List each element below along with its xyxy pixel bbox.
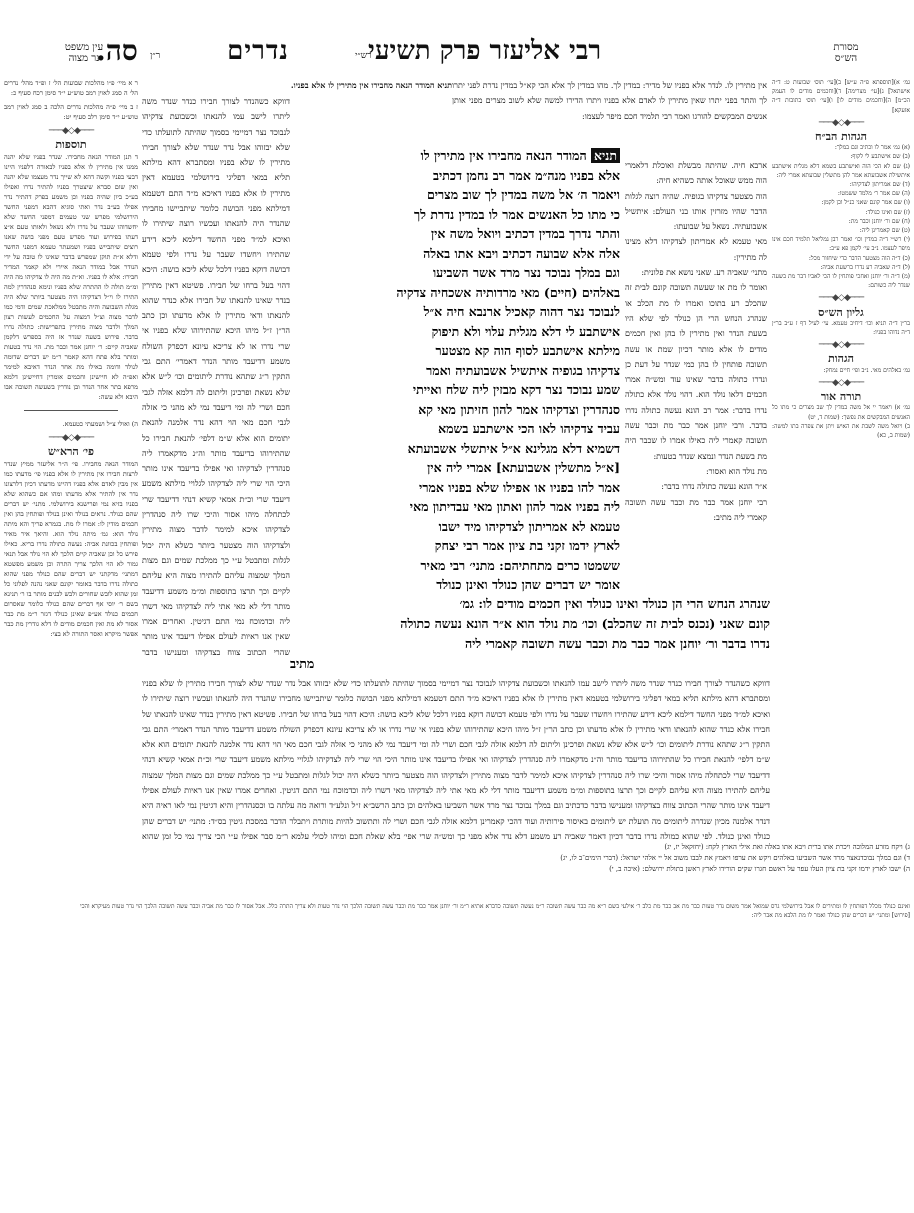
torah-or-verse: גמ׳ א) ויאמר יי אל משה במדין לך שב מצרים…: [772, 403, 910, 421]
hagahot-habach-item: (ג) שם לא הכי הוה ואישתבע בשמא דלא מגלית…: [772, 162, 910, 180]
rashi-item: ארבא חיה. שהיתה מבשלת ואוכלת דלאמרי הוה …: [625, 158, 767, 189]
ein-mishpat-entry: ר א מיי׳ פ״ו מהלכות שבועות הל׳ ז ופ״ד מה…: [4, 78, 138, 98]
gemara-line: תניא המודר הנאה מחבירו אין מתירין לו: [292, 146, 620, 166]
tosafot-text: ד תנן המודר הנאה מחבירו. שנדר בפניו שלא …: [4, 152, 138, 402]
gemara-line: נדרו בדבר ור׳ יוחנן אמר כבר מת וכבר עשה …: [290, 634, 770, 654]
gemara-line: ששמטו כרים מתחתיהם: מתני׳ רבי מאיר: [292, 556, 620, 576]
gemara-line: כי מתו כל האנשים אמר לו במדין נדרת לך: [292, 205, 620, 225]
torah-or-verse: ד) וגם במלך נבוכדנאצר מרד אשר השביעו באל…: [460, 853, 910, 864]
rashi-column: ארבא חיה. שהיתה מבשלת ואוכלת דלאמרי הוה …: [625, 158, 767, 598]
masoret-entries: גמ׳ א)[תוספתא פ״ה ע״ש] ב)[עי׳ תוס׳ שבועו…: [772, 78, 910, 115]
rashi-item: מאי טעמא לא אמריתון לצדקיהו דלא מצינו לה…: [625, 234, 767, 265]
gemara-line: אלא בפניו מנה״מ אמר רב נחמן דכתיב: [292, 166, 620, 186]
gemara-line: ויאמר ה׳ אל משה במדין לך שוב מצרים: [292, 185, 620, 205]
rosh-text: המודר הנאה מחבירו. פי׳ ה״ר אליעזר ממיץ ש…: [4, 459, 138, 639]
rosh-continuation: ואינם כנולד מכלל דפותחין לו ומתירים לו א…: [80, 903, 910, 919]
gemara-line: דשמיא דלא מגלינא א״ל איתשלי אשבועתא: [292, 439, 620, 459]
hagahot-habach-item: (ח) שם ור׳ יוחנן וכבר מת:: [772, 217, 910, 226]
gemara-line: [א״ל מתשלין אשבועתא] אמרי ליה אין: [292, 458, 620, 478]
tosafot-title: תוספות: [4, 140, 138, 150]
rashi-item: מתני׳ שאביה רע. שאני נושא את פלונית:: [625, 265, 767, 280]
hagahot-habach-title: הגהות הב״ח: [772, 132, 910, 141]
footnote-rule: [24, 410, 118, 411]
ornament-divider: ───◆◇◆───: [772, 119, 910, 128]
ein-mishpat-entry: ז ב מיי׳ פ״ה מהלכות נדרים הלכה ב סמג לאו…: [4, 102, 138, 122]
gemara-wide-text: שנהרג הנחש הרי הן כנולד ואינו כנולד ואין…: [290, 594, 770, 674]
masoret-hashas-label: מסורת הש״ס: [826, 42, 866, 64]
hagahot-habach-item: (ב) שם אישתבע לי לקוף:: [772, 152, 910, 161]
tractate-title: נדרים: [168, 36, 348, 66]
hagahot-habach-item: (ל) ד״ה שאביה רע נדרו ברשעת אביה:: [772, 263, 910, 272]
tosafot-footnote: ה) ואולי צ״ל ושמעתי כטעמא.: [4, 419, 138, 429]
page-header: מסורת הש״ס רבי אליעזר פרק תשיעי רש״י נדר…: [0, 28, 914, 68]
hagahot-habach-item: (ה) שם אמר ר׳ מלמד ששמטו:: [772, 189, 910, 198]
ornament-divider: ───◆◇◆───: [772, 294, 910, 303]
gemara-text: תניא המודר הנאה מחבירו אין מתירין לו אלא…: [292, 146, 620, 594]
gemara-line: סנהדרין וצדקיהו אמר להון חזיתון מאי קא: [292, 400, 620, 420]
hagahot-habach-item: (ו) שם אמר קונם שאני כנ״ל וכן לקמן:: [772, 198, 910, 207]
gemara-line: צדקיהו בגופיה איתשיל אשבועתיה ואמר: [292, 361, 620, 381]
ornament-divider: ───◆◇◆───: [4, 433, 138, 443]
rashi-item: הוה מצטער צדקיהו בגופיה. שהיה רוצה לגלות…: [625, 189, 767, 235]
hagahot-habach-item: (ד) שם אמריתון לצדקיהו:: [772, 180, 910, 189]
gemara-line: שנהרג הנחש הרי הן כנולד ואינו כנולד ואין…: [290, 594, 770, 614]
rashi-label: רש״י: [355, 50, 372, 61]
ornament-divider: ───◆◇◆───: [772, 379, 910, 388]
rashi-body: ואומר לו מת או שעשה תשובה קונם לבית זה ש…: [625, 280, 767, 464]
rashi-item: מת נולד הוא ואסור:: [625, 464, 767, 479]
gemara-line: אישתבע לי דלא מגלית עלוי ולא תיפוק: [292, 322, 620, 342]
rashi-item: רבי יוחנן אמר כבר מת וכבר עשה תשובה קאמר…: [625, 495, 767, 526]
hagahot-habach-item: (מ) ד״ה ור׳ יוחנן ואחכי פותחין לו הכי לא…: [772, 272, 910, 290]
gemara-line: קונם שאני (נכנס לבית זה שהכלב) וכו׳ מת נ…: [290, 614, 770, 634]
ornament-divider: ───◆◇◆───: [772, 341, 910, 350]
gemara-line: אמר להו בפניו או אפילו שלא בפניו אמרי: [292, 478, 620, 498]
gemara-line: לנבוכד נצר דהוה קאכיל ארנבא חיה א״ל: [292, 302, 620, 322]
ran-body: דווקא כשהנדר לצורך חבירו כנדר שנדר משה ל…: [142, 94, 290, 662]
ornament-divider: ───◆◇◆───: [4, 126, 138, 136]
ran-text-continued: דווקא כשהנדר לצורך חבירו כנדר שנדר משה ל…: [142, 679, 770, 841]
gemara-line: אלה אלא שבועה דכתיב ויבא אתו באלה: [292, 244, 620, 264]
hagahot-habach-item: (ז) שם ואינו כנולד:: [772, 208, 910, 217]
gemara-line: לארץ ידמו זקני בת ציון אמר רבי יצחק: [292, 536, 620, 556]
tanya-marker: תניא: [591, 148, 620, 163]
hagahot-habach-item: (כ) ד״ה הוה מצטער הדבר כדי שיחזור מכל:: [772, 254, 910, 263]
rashi-top-text: אין מתירין לו. לנדר אלא בפניו של מדיר: ב…: [452, 81, 767, 121]
gilyon-text: בר״ן ד״ה תניא וכו׳ דיחיב טעמא. עי׳ לעיל …: [772, 319, 910, 337]
gemara-line: עביד צדקיהו לאו הכי אישתבע בשמא: [292, 419, 620, 439]
torah-or-verse: ב) ויואל משה לשבת את האיש ויתן את צפרה ב…: [772, 422, 910, 440]
ran-bottom: דווקא כשהנדר לצורך חבירו כנדר שנדר משה ל…: [142, 676, 770, 841]
ein-mishpat-label: עין משפט נר מצוה: [64, 42, 104, 64]
left-margin: ר א מיי׳ פ״ו מהלכות שבועות הל׳ ז ופ״ד מה…: [4, 78, 138, 898]
hagahot-habach-item: (ט) שם קאמרינן ליה:: [772, 226, 910, 235]
torah-or-verse: ג) ויקח מזרע המלוכה ויכרת אתו ברית ויבא …: [460, 842, 910, 853]
hagahot-habach-item: (א) גמ׳ אמר לו וכתיב וגם במלך:: [772, 143, 910, 152]
torah-or-verse: ה) ישבו לארץ ידמו זקני בת ציון העלו עפר …: [460, 864, 910, 875]
gilyon-hashas-title: גליון הש״ס: [772, 308, 910, 317]
chapter-title: רבי אליעזר פרק תשיעי: [368, 36, 601, 66]
rashi-item: א״ר הונא נעשה כתולה נדרו בדבר:: [625, 479, 767, 494]
gemara-line: וגם במלך נבוכד נצר מרד אשר השביעו: [292, 263, 620, 283]
hagahot-habach-item: (י) רש״י ד״ה במדין וכו׳ ואמר רבן גמליאל …: [772, 235, 910, 253]
ran-text: דווקא כשהנדר לצורך חבירו כנדר שנדר משה ל…: [142, 97, 290, 662]
rosh-bottom: ואינם כנולד מכלל דפותחין לו ומתירים לו א…: [80, 902, 910, 967]
gemara-line: אומר יש דברים שהן כנולד ואינן כנולד: [292, 575, 620, 594]
torah-or-title: תורה אור: [772, 392, 910, 401]
right-margin: גמ׳ א)[תוספתא פ״ה ע״ש] ב)[עי׳ תוס׳ שבועו…: [772, 78, 910, 868]
gemara-line: באלהים (חיים) מאי מרדותיה אשכחיה צדקיה: [292, 283, 620, 303]
hagahot-text: גמ׳ באלהים מאי. נ״ב ופי׳ חיים נמחק:: [772, 366, 910, 375]
gemara-end-word: מתיב: [290, 654, 770, 674]
hagahot-title: הגהות: [772, 354, 910, 363]
gemara-line: והתר נדרך במדין דכתיב ויואל משה אין: [292, 224, 620, 244]
torah-or-bottom: ג) ויקח מזרע המלוכה ויכרת אתו ברית ויבא …: [460, 842, 910, 900]
gemara-line: מילתא אישתבע לסוף הוה קא מצטער: [292, 341, 620, 361]
talmud-page: מסורת הש״ס רבי אליעזר פרק תשיעי רש״י נדר…: [0, 0, 914, 1213]
ran-heading: תניא המודר הנאה מחבירו אין מתירין לו אלא…: [291, 80, 452, 90]
rosh-title: פי׳ הרא״ש: [4, 447, 138, 457]
ran-label: ר״ן: [150, 50, 160, 61]
gemara-line: שמע נבוכד נצר דקא מבזין ליה שלח ואייתי: [292, 380, 620, 400]
gemara-line: ליה בפניו אמר להון ואתון מאי עבדיתון מאי: [292, 497, 620, 517]
gemara-line: טעמא לא אמריתון לצדקיהו מיד ישבו: [292, 517, 620, 537]
